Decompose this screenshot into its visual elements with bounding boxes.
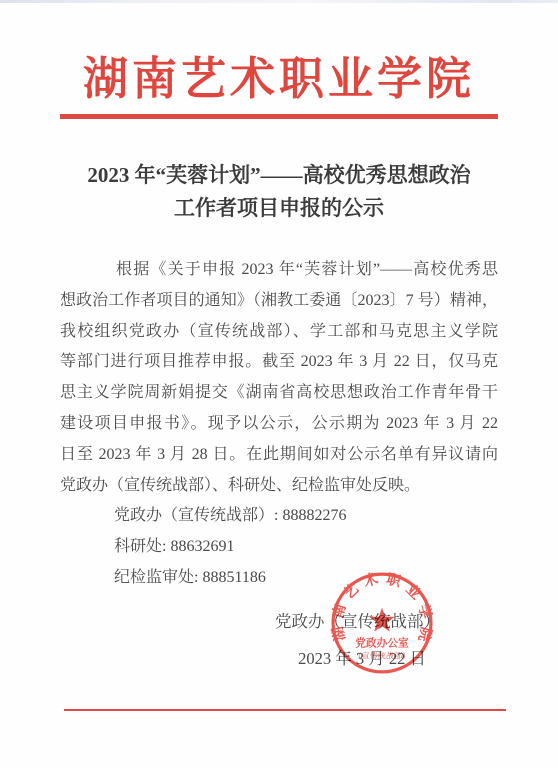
- body-line: 建设项目申报书》。现予以公示，公示期为 2023 年 3 月 22: [60, 409, 498, 440]
- contact-line-dangzhengban: 党政办（宣传统战部）: 88882276: [60, 501, 498, 532]
- letterhead-institution-name: 湖南艺术职业学院: [0, 50, 558, 108]
- signature-department: 党政办（宣传统战部）: [0, 608, 558, 632]
- svg-text:湖南艺术职业学院: 湖南艺术职业学院: [329, 570, 435, 644]
- footer-red-rule: [64, 709, 506, 711]
- seal-sub-office-text: （宣传统战部）: [354, 651, 411, 661]
- scan-top-edge: [0, 0, 558, 3]
- body-line: 根据《关于申报 2023 年“芙蓉计划”——高校优秀思: [60, 255, 498, 286]
- seal-office-text: 党政办公室: [355, 636, 409, 649]
- signature-date: 2023 年 3 月 22 日: [0, 645, 558, 669]
- body-line: 党政办（宣传统战部）、科研处、纪检监审处反映。: [60, 471, 498, 502]
- body-line: 日至 2023 年 3 月 28 日。在此期间如对公示名单有异议请向: [60, 440, 498, 471]
- body-line: 想政治工作者项目的通知》（湘教工委通〔2023〕7 号）精神，: [60, 286, 498, 317]
- signature-block: 党政办（宣传统战部） 2023 年 3 月 22 日: [0, 608, 558, 669]
- document-title-line1: 2023 年“芙蓉计划”——高校优秀思想政治: [0, 159, 558, 192]
- body-line: 思主义学院周新娟提交《湖南省高校思想政治工作青年骨干: [60, 378, 498, 409]
- seal-ring-text: 湖南艺术职业学院: [329, 570, 435, 644]
- official-seal: 湖南艺术职业学院 党政办公室 （宣传统战部）: [329, 570, 435, 676]
- scanned-document-page: 湖南艺术职业学院 2023 年“芙蓉计划”——高校优秀思想政治 工作者项目申报的…: [0, 0, 558, 768]
- seal-star: [369, 608, 394, 632]
- body-line: 等部门进行项目推荐申报。截至 2023 年 3 月 22 日，仅马克: [60, 347, 498, 378]
- document-body: 根据《关于申报 2023 年“芙蓉计划”——高校优秀思 想政治工作者项目的通知》…: [60, 255, 498, 594]
- contact-line-keyanchu: 科研处: 88632691: [60, 532, 498, 563]
- letterhead-double-rule: [60, 114, 498, 119]
- body-line: 我校组织党政办（宣传统战部）、学工部和马克思主义学院: [60, 317, 498, 348]
- document-title-line2: 工作者项目申报的公示: [0, 192, 558, 225]
- document-title: 2023 年“芙蓉计划”——高校优秀思想政治 工作者项目申报的公示: [0, 159, 558, 225]
